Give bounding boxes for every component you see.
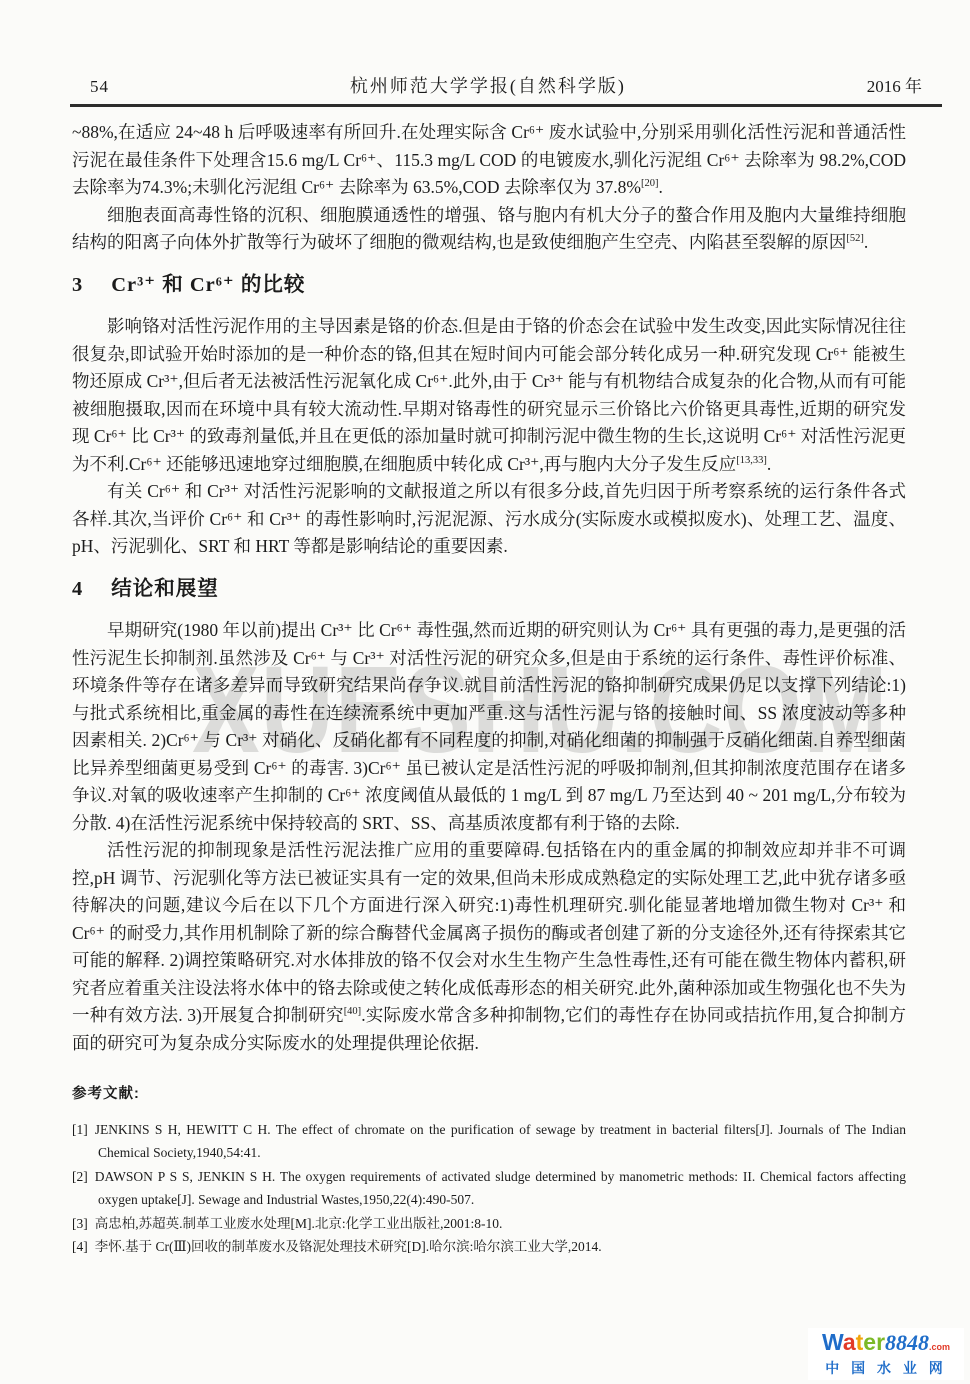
water8848-logo: Water8848.com 中 国 水 业 网 [808, 1328, 964, 1380]
header-rule [70, 104, 942, 107]
reference-item: [4]李怀.基于 Cr(Ⅲ)回收的制革废水及铬泥处理技术研究[D].哈尔滨:哈尔… [72, 1235, 906, 1259]
logo-letter: e [863, 1329, 876, 1355]
paragraph-continued-from-previous-page: ~88%,在适应 24~48 h 后呼吸速率有所回升.在处理实际含 Cr⁶⁺ 废… [72, 119, 906, 202]
reference-label: [3] [72, 1216, 88, 1231]
journal-page: XUESHU.COM 54 杭州师范大学学报(自然科学版) 2016 年 ~88… [0, 0, 970, 1384]
page-header: 54 杭州师范大学学报(自然科学版) 2016 年 [72, 72, 936, 98]
article-body: ~88%,在适应 24~48 h 后呼吸速率有所回升.在处理实际含 Cr⁶⁺ 废… [72, 119, 906, 1259]
section-3-number: 3 [72, 274, 83, 296]
logo-letter: r [876, 1329, 885, 1355]
reference-item: [2]DAWSON P S S, JENKIN S H. The oxygen … [72, 1165, 906, 1212]
reference-item: [1]JENKINS S H, HEWITT C H. The effect o… [72, 1118, 906, 1165]
reference-text: 李怀.基于 Cr(Ⅲ)回收的制革废水及铬泥处理技术研究[D].哈尔滨:哈尔滨工业… [95, 1239, 602, 1254]
logo-number: 8848 [885, 1330, 929, 1355]
reference-label: [1] [72, 1122, 88, 1137]
reference-item: [3]高忠柏,苏超英.制革工业废水处理[M].北京:化学工业出版社,2001:8… [72, 1212, 906, 1236]
logo-wordmark: Water8848.com [810, 1330, 962, 1359]
reference-label: [2] [72, 1169, 88, 1184]
reference-text: DAWSON P S S, JENKIN S H. The oxygen req… [95, 1169, 906, 1208]
paragraph-outlook: 活性污泥的抑制现象是活性污泥法推广应用的重要障碍.包括铬在内的重金属的抑制效应却… [72, 837, 906, 1057]
paragraph-conclusions: 早期研究(1980 年以前)提出 Cr³⁺ 比 Cr⁶⁺ 毒性强,然而近期的研究… [72, 617, 906, 837]
page-number: 54 [90, 77, 109, 97]
references-heading: 参考文献: [72, 1081, 906, 1109]
section-3-heading: 3Cr³⁺ 和 Cr⁶⁺ 的比较 [72, 272, 906, 300]
reference-text: JENKINS S H, HEWITT C H. The effect of c… [95, 1122, 906, 1161]
paragraph-valence-factors: 影响铬对活性污泥作用的主导因素是铬的价态.但是由于铬的价态会在试验中发生改变,因… [72, 313, 906, 478]
reference-label: [4] [72, 1239, 88, 1254]
publication-year: 2016 年 [867, 72, 922, 97]
paragraph-cell-damage: 细胞表面高毒性铬的沉积、细胞膜通透性的增强、铬与胞内有机大分子的螯合作用及胞内大… [72, 202, 906, 257]
logo-chinese-name: 中 国 水 业 网 [810, 1360, 962, 1377]
reference-text: 高忠柏,苏超英.制革工业废水处理[M].北京:化学工业出版社,2001:8-10… [95, 1216, 503, 1231]
section-3-title: Cr³⁺ 和 Cr⁶⁺ 的比较 [111, 274, 305, 296]
logo-letter: a [843, 1329, 856, 1355]
references-section: 参考文献: [1]JENKINS S H, HEWITT C H. The ef… [72, 1081, 906, 1259]
paragraph-literature-divergence: 有关 Cr⁶⁺ 和 Cr³⁺ 对活性污泥影响的文献报道之所以有很多分歧,首先归因… [72, 478, 906, 561]
reference-list: [1]JENKINS S H, HEWITT C H. The effect o… [72, 1118, 906, 1259]
logo-letter: W [822, 1329, 843, 1355]
section-4-title: 结论和展望 [111, 578, 219, 600]
section-4-heading: 4结论和展望 [72, 576, 906, 604]
journal-title: 杭州师范大学学报(自然科学版) [350, 72, 626, 98]
logo-domain-suffix: .com [929, 1342, 950, 1352]
section-4-number: 4 [72, 578, 83, 600]
